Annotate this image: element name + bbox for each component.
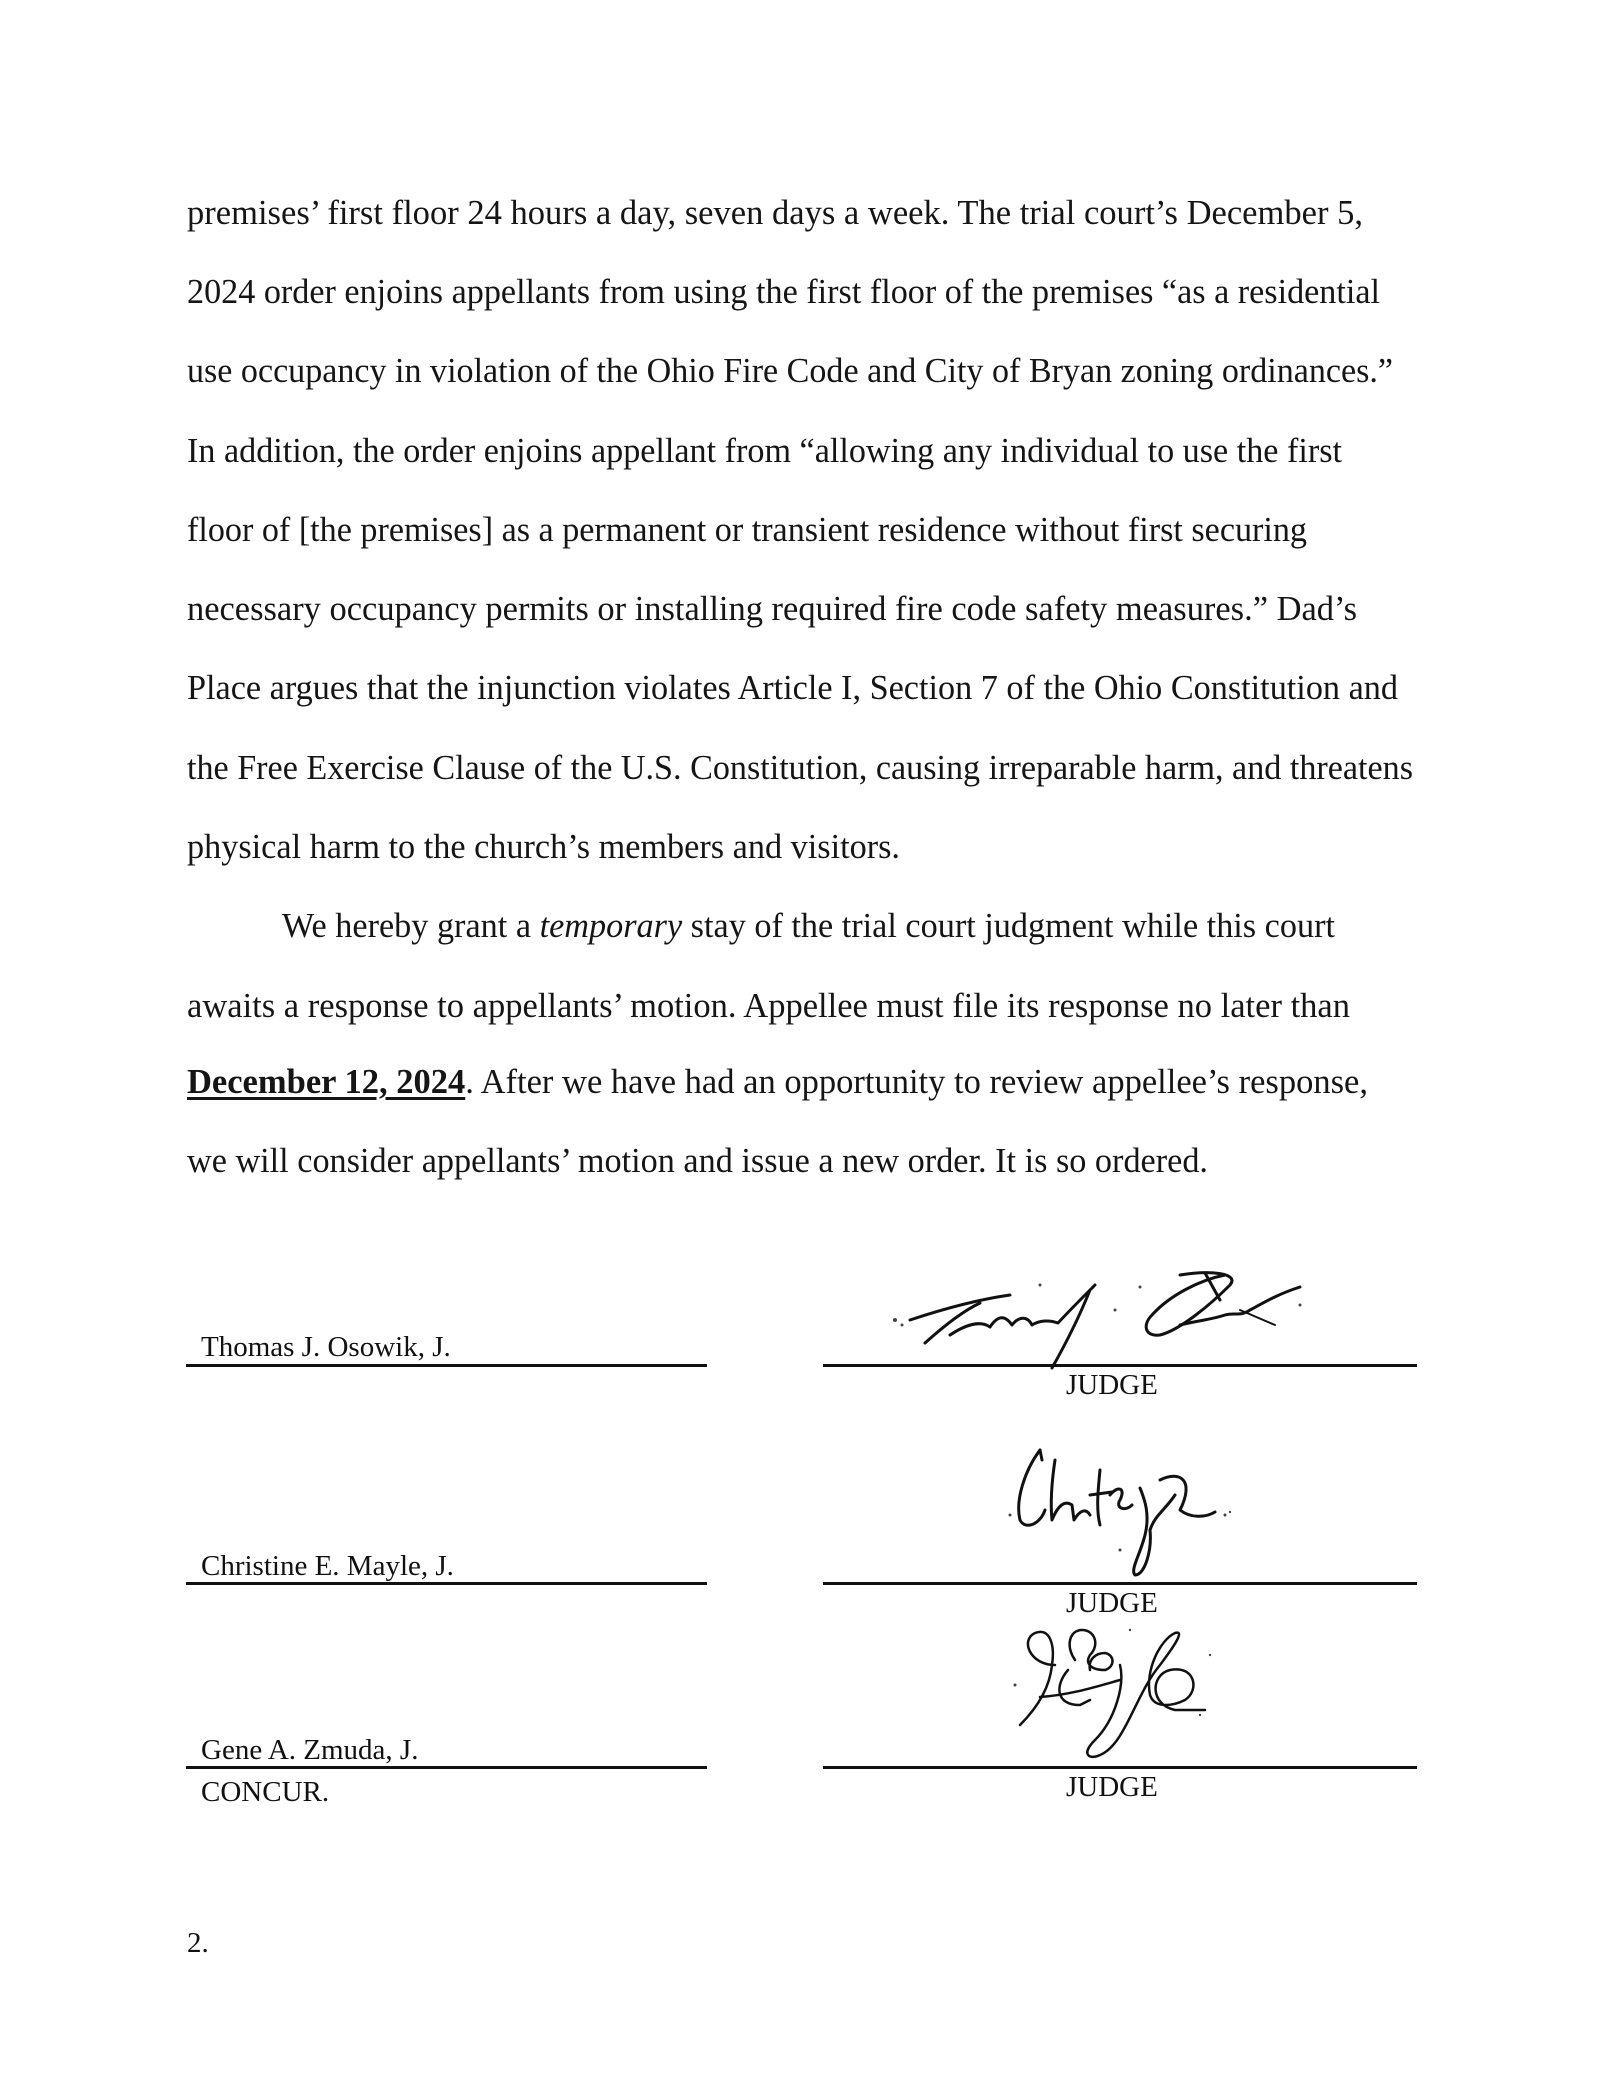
emphasis-temporary: temporary: [540, 906, 683, 945]
body-line: In addition, the order enjoins appellant…: [187, 433, 1342, 468]
body-line: use occupancy in violation of the Ohio F…: [187, 353, 1393, 388]
body-line: the Free Exercise Clause of the U.S. Con…: [187, 750, 1413, 785]
text-run: We hereby grant a: [282, 906, 540, 945]
page-number: 2.: [187, 1929, 209, 1958]
concur-note: CONCUR.: [201, 1778, 329, 1807]
signature-mayle: [1000, 1440, 1240, 1580]
judge-name: Thomas J. Osowik, J.: [201, 1333, 451, 1362]
body-line: premises’ first floor 24 hours a day, se…: [187, 195, 1363, 230]
judge-name: Christine E. Mayle, J.: [201, 1552, 454, 1581]
judge-title: JUDGE: [1066, 1773, 1158, 1802]
signature-osowik: [880, 1265, 1320, 1375]
signature-rule: [823, 1766, 1417, 1769]
body-line: floor of [the premises] as a permanent o…: [187, 512, 1307, 547]
signature-rule: [823, 1582, 1417, 1585]
body-line: December 12, 2024. After we have had an …: [187, 1064, 1368, 1099]
name-rule: [186, 1766, 707, 1769]
name-rule: [186, 1582, 707, 1585]
signature-zmuda: [1010, 1625, 1230, 1765]
body-line: we will consider appellants’ motion and …: [187, 1143, 1208, 1178]
body-line: awaits a response to appellants’ motion.…: [187, 988, 1350, 1023]
name-rule: [186, 1364, 707, 1367]
judge-title: JUDGE: [1066, 1371, 1158, 1400]
body-line: physical harm to the church’s members an…: [187, 829, 900, 864]
body-line: We hereby grant a temporary stay of the …: [282, 908, 1335, 943]
judge-name: Gene A. Zmuda, J.: [201, 1736, 418, 1765]
document-page: premises’ first floor 24 hours a day, se…: [0, 0, 1600, 2088]
body-line: 2024 order enjoins appellants from using…: [187, 274, 1380, 309]
judge-title: JUDGE: [1066, 1589, 1158, 1618]
body-line: necessary occupancy permits or installin…: [187, 591, 1357, 626]
text-run: stay of the trial court judgment while t…: [682, 906, 1335, 945]
text-run: . After we have had an opportunity to re…: [465, 1062, 1368, 1101]
body-line: Place argues that the injunction violate…: [187, 670, 1398, 705]
response-deadline: December 12, 2024: [187, 1062, 465, 1101]
